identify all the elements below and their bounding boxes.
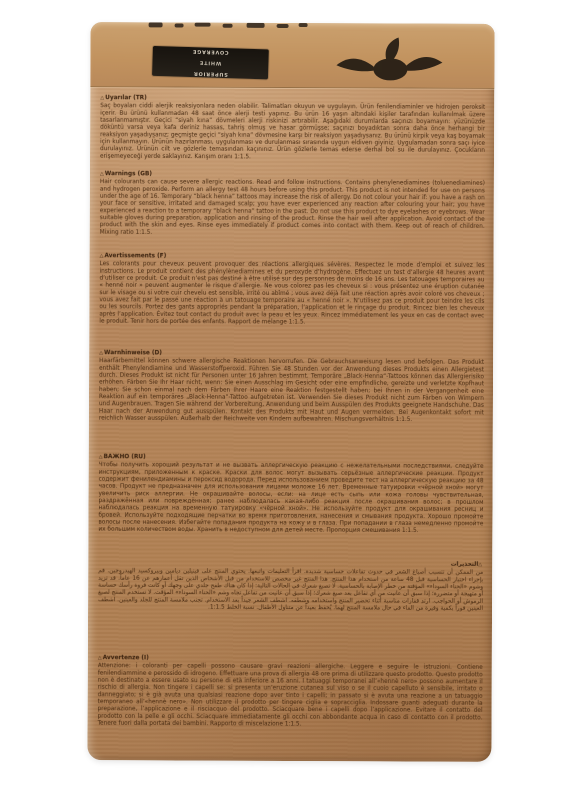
warning-triangle-icon: △ (99, 454, 103, 460)
claim-line-2: WHITE (199, 60, 221, 66)
partial-logo-glyphs (91, 22, 495, 24)
section-text-fr: Les colorants pour cheveux peuvent provo… (99, 260, 484, 326)
warning-triangle-icon: △ (100, 171, 104, 177)
warning-section-it: △Avvertenze (I) Attenzione: i coloranti … (97, 654, 482, 760)
box-top-flap: SUPERIOR WHITE COVERAGE (90, 22, 494, 89)
warning-triangle-icon: △ (478, 562, 482, 568)
claim-label: SUPERIOR WHITE COVERAGE (152, 46, 269, 80)
warning-section-fr: △Avertissements (F) Les colorants pour c… (99, 252, 484, 345)
product-box-back-panel: SUPERIOR WHITE COVERAGE △Uyarılar (TR) S… (87, 22, 494, 762)
warning-triangle-icon: △ (98, 655, 102, 661)
warning-text-panel: △Uyarılar (TR) Saç boyaları ciddi alerji… (97, 94, 485, 756)
warning-section-ru: △ВАЖНО (RU) Чтобы получить хороший резул… (98, 453, 483, 555)
section-text-de: Haarfärbemittel können schwere allergisc… (99, 357, 484, 423)
warning-triangle-icon: △ (100, 253, 104, 259)
section-text-gb: Hair colourants can cause severe allergi… (100, 178, 485, 237)
warning-section-gb: △Warnings (GB) Hair colourants can cause… (100, 170, 485, 248)
warning-triangle-icon: △ (100, 95, 104, 101)
section-text-tr: Saç boyaları ciddi alerjik reaksiyonlara… (100, 102, 485, 161)
warning-section-ar: △التحذيرات من الممكن أن تتسبب أصباغ الشع… (98, 559, 483, 650)
claim-line-1: SUPERIOR (193, 71, 228, 77)
warning-section-de: △Warnhinweise (D) Haarfärbemittel können… (99, 349, 484, 449)
warning-section-tr: △Uyarılar (TR) Saç boyaları ciddi alerji… (100, 94, 485, 166)
section-text-it: Attenzione: i coloranti per capelli poss… (98, 662, 483, 728)
claim-line-3: COVERAGE (193, 49, 229, 55)
leaf-emblem-icon (328, 35, 448, 86)
section-text-ar: من الممكن أن تتسبب أصباغ الشعر في حدوث ت… (98, 567, 483, 612)
section-text-ru: Чтобы получить хороший результат и не вы… (98, 461, 483, 534)
product-photo: SUPERIOR WHITE COVERAGE △Uyarılar (TR) S… (0, 0, 587, 800)
warning-triangle-icon: △ (99, 350, 103, 356)
